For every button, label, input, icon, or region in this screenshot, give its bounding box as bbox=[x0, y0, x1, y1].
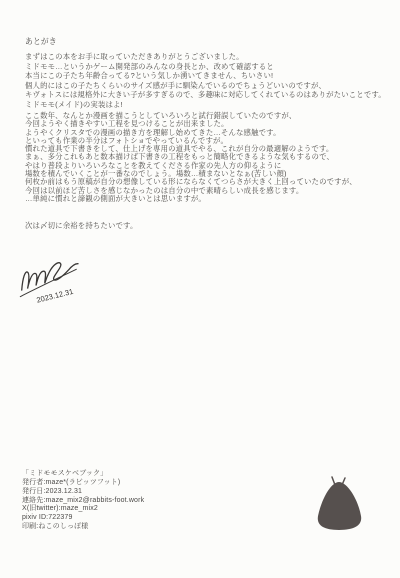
text-line: ミドモモ…というかゲーム開発部のみんなの身長とか、改めて確認すると bbox=[25, 62, 386, 72]
text-line: 発行者:maze*(ラビッツフット) bbox=[22, 479, 144, 488]
mascot-blob-icon bbox=[308, 474, 374, 538]
text-line: 個人的にはこの子たちくらいのサイズ感が手に馴染んでいるのでちょうどいいのですが、 bbox=[25, 81, 386, 91]
afterword-paragraph-2: ここ数年、なんとか漫画を描こうとしていろいろと試行錯誤していたのですが、今回よう… bbox=[25, 112, 357, 203]
colophon: 「ミドモモスケベブック」 発行者:maze*(ラビッツフット)発行日:2023.… bbox=[22, 470, 144, 531]
text-line: キヴォトスには規格外に大きい子が多すぎるので、多趣味に対応してくれているのはあり… bbox=[25, 90, 386, 100]
signature-date: 2023.12.31 bbox=[36, 287, 75, 305]
text-line: ミドモモ(メイド)の実装はよ! bbox=[25, 100, 386, 110]
afterword-page: あとがき まずはこの本をお手に取っていただきありがとうございました。ミドモモ…と… bbox=[0, 0, 400, 578]
signature-scribble-icon: 2023.12.31 bbox=[12, 250, 112, 306]
text-line: 本当にこの子たち年齢合ってる?という気しか湧いてきません、ちいさい! bbox=[25, 71, 386, 81]
afterword-heading: あとがき bbox=[25, 36, 57, 47]
text-line: まずはこの本をお手に取っていただきありがとうございました。 bbox=[25, 52, 386, 62]
text-line: X(旧twitter):maze_mix2 bbox=[22, 505, 144, 514]
colophon-lines: 発行者:maze*(ラビッツフット)発行日:2023.12.31連絡先:maze… bbox=[22, 479, 144, 531]
text-line: 連絡先:maze_mix2@rabbits-foot.work bbox=[22, 497, 144, 506]
text-line: pixiv ID:722379 bbox=[22, 514, 144, 523]
text-line: 印刷:ねこのしっぽ様 bbox=[22, 523, 144, 532]
colophon-title: 「ミドモモスケベブック」 bbox=[22, 470, 144, 479]
text-line: 発行日:2023.12.31 bbox=[22, 488, 144, 497]
afterword-paragraph-1: まずはこの本をお手に取っていただきありがとうございました。ミドモモ…というかゲー… bbox=[25, 52, 386, 109]
text-line: …単純に慣れと諦観の側面が大きいとは思いますが。 bbox=[25, 195, 357, 203]
closing-line: 次は〆切に余裕を持ちたいです。 bbox=[25, 220, 138, 231]
